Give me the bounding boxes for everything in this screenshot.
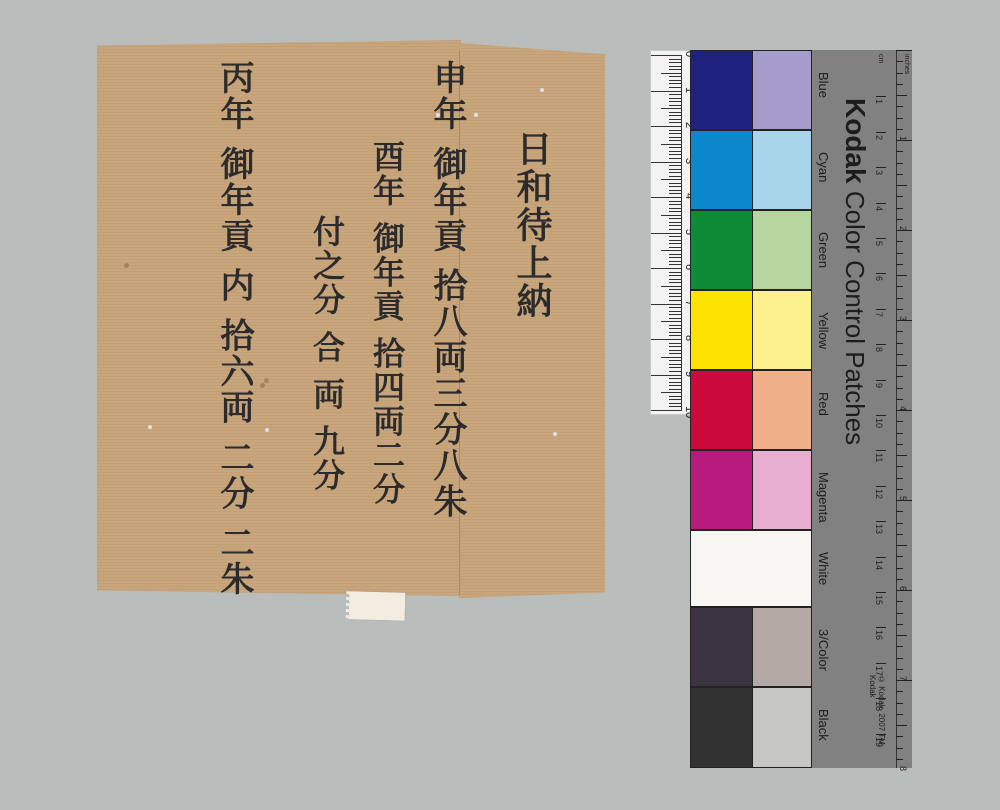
inch-tick: [896, 185, 907, 186]
ruler-tick: [651, 126, 681, 127]
ruler-tick: [651, 162, 681, 163]
pin-hole: [265, 428, 269, 432]
inch-tick: [896, 253, 903, 254]
inch-label: 5: [898, 496, 908, 501]
inch-tick: [896, 556, 903, 557]
ruler-tick: [669, 243, 681, 244]
patch-label: White: [816, 552, 831, 585]
ruler-tick: [669, 211, 681, 212]
ruler-tick: [651, 233, 681, 234]
pin-hole: [148, 425, 152, 429]
patch-yellow-light: [752, 290, 812, 370]
ruler-tick: [661, 321, 681, 322]
cm-label: 1: [874, 99, 884, 104]
script-column-3: 酉年 御年貢 拾四両二分: [365, 140, 409, 506]
ruler-tick: [669, 367, 681, 368]
ruler-tick: [661, 108, 681, 109]
ruler-tick: [669, 169, 681, 170]
ruler-tick: [669, 364, 681, 365]
patch-3-color-light: [752, 607, 812, 687]
inch-tick: [896, 658, 903, 659]
ruler-tick: [669, 140, 681, 141]
cm-tick: [876, 521, 886, 522]
kodak-strip: Kodak Color Control Patches © Kodak, 200…: [812, 50, 912, 768]
inch-label: 4: [898, 406, 908, 411]
inch-tick: [896, 151, 903, 152]
inch-tick: [896, 208, 903, 209]
patch-label: Yellow: [816, 312, 831, 349]
ruler-tick: [669, 62, 681, 63]
paper-stain: [124, 263, 129, 268]
inch-tick: [896, 489, 903, 490]
ruler-tick: [669, 112, 681, 113]
inch-tick: [896, 309, 903, 310]
paper-stain: [260, 383, 265, 388]
cm-label: 7: [874, 312, 884, 317]
ruler-tick: [669, 154, 681, 155]
ruler-tick: [669, 314, 681, 315]
inch-tick: [896, 421, 903, 422]
ruler-tick: [669, 300, 681, 301]
inch-tick: [896, 703, 903, 704]
cm-tick: [876, 344, 886, 345]
cm-label: 17: [874, 666, 884, 676]
ruler-tick: [669, 101, 681, 102]
ruler-tick: [669, 254, 681, 255]
patch-label: Black: [816, 709, 831, 741]
inch-tick: [896, 714, 903, 715]
ruler-tick: [669, 247, 681, 248]
ruler-tick: [669, 59, 681, 60]
cm-tick: [876, 592, 886, 593]
patch-black-dark: [690, 687, 753, 768]
ruler-tick: [669, 272, 681, 273]
inch-tick: [896, 196, 903, 197]
cm-label: 11: [874, 453, 884, 462]
cm-label: 19: [874, 737, 884, 747]
ruler-tick: [669, 399, 681, 400]
cm-tick: [876, 380, 886, 381]
inch-tick: [896, 50, 912, 51]
inch-tick: [896, 646, 903, 647]
inch-tick: [896, 73, 903, 74]
ruler-tick: [669, 204, 681, 205]
ruler-tick: [669, 257, 681, 258]
cm-label: 14: [874, 560, 884, 570]
patch-magenta-light: [752, 450, 812, 530]
inch-tick: [896, 568, 903, 569]
patch-green-light: [752, 210, 812, 290]
cm-label: 8: [874, 347, 884, 352]
ruler-tick: [661, 357, 681, 358]
ruler-tick: [669, 275, 681, 276]
cm-tick: [876, 557, 886, 558]
ruler-tick: [669, 307, 681, 308]
ruler-tick: [669, 353, 681, 354]
inch-tick: [896, 635, 907, 636]
patch-green-dark: [690, 210, 753, 290]
patch-magenta-dark: [690, 450, 753, 530]
ruler-tick: [669, 396, 681, 397]
inch-tick: [896, 106, 903, 107]
ruler-tick: [661, 179, 681, 180]
inch-label: 3: [898, 316, 908, 321]
inch-scale-spine: [896, 50, 897, 768]
inch-tick: [896, 163, 903, 164]
ruler-tick: [669, 183, 681, 184]
inch-tick: [896, 759, 903, 760]
inch-tick: [896, 669, 903, 670]
ruler-tick: [661, 250, 681, 251]
ruler-tick: [669, 76, 681, 77]
cm-tick: [876, 698, 886, 699]
ruler-tick: [669, 318, 681, 319]
inch-tick: [896, 613, 903, 614]
ruler-tick: [669, 122, 681, 123]
script-column-4: 付之分 合 両 九分: [305, 215, 349, 492]
ruler-tick: [669, 382, 681, 383]
inch-tick: [896, 275, 907, 276]
ruler-tick: [669, 229, 681, 230]
kodak-copyright: © Kodak, 2007 TM: Kodak: [868, 675, 886, 768]
inch-tick: [896, 241, 903, 242]
inch-tick: [896, 455, 907, 456]
cm-label: 2: [874, 135, 884, 140]
inch-label: 1: [898, 136, 908, 141]
ruler-tick: [669, 325, 681, 326]
patch-3-color-dark: [690, 607, 753, 687]
ruler-tick: [669, 282, 681, 283]
inch-unit-label: inches: [903, 54, 910, 74]
ruler-tick: [661, 392, 681, 393]
ruler-tick: [651, 197, 681, 198]
inch-tick: [896, 624, 903, 625]
cm-label: 15: [874, 595, 884, 605]
inch-tick: [896, 84, 903, 85]
ruler-tick: [669, 130, 681, 131]
cm-tick: [876, 203, 886, 204]
ruler-tick: [669, 378, 681, 379]
ruler-tick: [669, 350, 681, 351]
inch-tick: [896, 691, 903, 692]
inch-tick: [896, 736, 903, 737]
patch-label: Cyan: [816, 152, 831, 182]
inch-tick: [896, 444, 903, 445]
inch-tick: [896, 95, 907, 96]
inch-tick: [896, 748, 903, 749]
patch-yellow-dark: [690, 290, 753, 370]
ruler-tick: [661, 215, 681, 216]
cm-label: 16: [874, 630, 884, 640]
cm-tick: [876, 415, 886, 416]
ruler-tick: [669, 403, 681, 404]
cm-tick: [876, 309, 886, 310]
ruler-tick: [669, 165, 681, 166]
inch-tick: [896, 545, 907, 546]
inch-tick: [896, 365, 907, 366]
patch-black-light: [752, 687, 812, 768]
ruler-tick: [669, 172, 681, 173]
ruler-tick: [669, 190, 681, 191]
ruler-tick: [669, 176, 681, 177]
patch-label: Magenta: [816, 472, 831, 523]
inch-tick: [896, 466, 903, 467]
cm-label: 18: [874, 701, 884, 711]
patch-label: Red: [816, 392, 831, 416]
inch-tick: [896, 534, 903, 535]
inch-tick: [896, 118, 903, 119]
paper-tag: [349, 591, 406, 620]
patch-cyan-dark: [690, 130, 753, 210]
ruler-tick: [669, 279, 681, 280]
ruler-tick: [669, 186, 681, 187]
cm-label: 9: [874, 383, 884, 388]
cm-unit-label: cm: [877, 54, 884, 63]
cm-tick: [876, 486, 886, 487]
ruler-tick: [651, 339, 681, 340]
pin-hole: [553, 432, 557, 436]
inch-tick: [896, 376, 903, 377]
ruler-tick: [669, 133, 681, 134]
ruler-spine: [681, 55, 682, 411]
ruler-tick: [669, 332, 681, 333]
cm-tick: [876, 96, 886, 97]
script-column-1: 日和待上納: [510, 130, 554, 320]
ruler-tick: [651, 410, 681, 411]
ruler-tick: [669, 98, 681, 99]
inch-tick: [896, 174, 903, 175]
kodak-title: Kodak Color Control Patches: [840, 98, 870, 445]
pin-hole: [540, 88, 544, 92]
inch-tick: [896, 388, 903, 389]
cm-label: 12: [874, 489, 884, 499]
inch-tick: [896, 331, 903, 332]
cm-tick: [876, 734, 886, 735]
inch-tick: [896, 399, 903, 400]
cm-label: 6: [874, 276, 884, 281]
ruler-tick: [669, 201, 681, 202]
ruler-tick: [669, 360, 681, 361]
ruler-tick: [669, 80, 681, 81]
ruler-tick: [669, 87, 681, 88]
ruler-tick: [661, 73, 681, 74]
inch-tick: [896, 343, 903, 344]
ruler-tick: [669, 137, 681, 138]
ruler-tick: [669, 289, 681, 290]
inch-label: 7: [898, 676, 908, 681]
ruler-tick: [651, 375, 681, 376]
inch-tick: [896, 61, 903, 62]
kodak-brand: Kodak: [840, 98, 871, 184]
cm-tick: [876, 627, 886, 628]
ruler-tick: [651, 304, 681, 305]
ruler-tick: [669, 193, 681, 194]
ruler-tick: [651, 55, 681, 56]
inch-tick: [896, 433, 903, 434]
ruler-tick: [669, 385, 681, 386]
script-column-6: 丙年 御年貢 内 拾六両 二分 二朱: [212, 60, 256, 597]
ruler-tick: [669, 343, 681, 344]
inch-tick: [896, 579, 903, 580]
cm-tick: [876, 238, 886, 239]
ruler-tick: [651, 91, 681, 92]
patch-label: Blue: [816, 72, 831, 98]
ruler-tick: [669, 69, 681, 70]
cm-ruler: 012345678910: [650, 50, 692, 415]
ruler-tick: [669, 225, 681, 226]
patch-blue-light: [752, 50, 812, 130]
inch-tick: [896, 478, 903, 479]
inch-label: 8: [898, 766, 908, 771]
inch-tick: [896, 286, 903, 287]
patch-red-light: [752, 370, 812, 450]
cm-label: 13: [874, 524, 884, 534]
inch-tick: [896, 129, 903, 130]
ruler-tick: [669, 208, 681, 209]
ruler-tick: [669, 293, 681, 294]
cm-label: 10: [874, 418, 884, 428]
inch-tick: [896, 354, 903, 355]
ruler-tick: [669, 105, 681, 106]
ruler-tick: [669, 147, 681, 148]
ruler-tick: [669, 296, 681, 297]
patch-cyan-light: [752, 130, 812, 210]
ruler-tick: [669, 240, 681, 241]
patch-label: Green: [816, 232, 831, 268]
ruler-tick: [669, 222, 681, 223]
ruler-tick: [669, 389, 681, 390]
inch-tick: [896, 219, 903, 220]
ruler-tick: [669, 94, 681, 95]
cm-tick: [876, 132, 886, 133]
ruler-tick: [669, 371, 681, 372]
ruler-tick: [669, 158, 681, 159]
ruler-tick: [669, 335, 681, 336]
cm-label: 4: [874, 206, 884, 211]
patch-red-dark: [690, 370, 753, 450]
ruler-tick: [669, 406, 681, 407]
script-column-2: 申年 御年貢 拾八両三分八朱: [425, 60, 469, 520]
ruler-tick: [669, 311, 681, 312]
patch-blue-dark: [690, 50, 753, 130]
patch-white: [690, 530, 812, 607]
ruler-tick: [661, 144, 681, 145]
inch-tick: [896, 298, 903, 299]
ruler-tick: [669, 66, 681, 67]
ruler-tick: [669, 346, 681, 347]
ruler-tick: [651, 268, 681, 269]
patch-label: 3/Color: [816, 629, 831, 671]
pin-hole: [474, 113, 478, 117]
inch-tick: [896, 264, 903, 265]
ruler-tick: [669, 218, 681, 219]
inch-label: 2: [898, 226, 908, 231]
ruler-tick: [669, 264, 681, 265]
cm-tick: [876, 663, 886, 664]
ruler-tick: [669, 151, 681, 152]
cm-tick: [876, 450, 886, 451]
manuscript-right-panel: [459, 43, 605, 598]
inch-tick: [896, 601, 903, 602]
inch-tick: [896, 725, 907, 726]
ruler-tick: [661, 286, 681, 287]
ruler-tick: [669, 115, 681, 116]
paper-stain: [264, 378, 269, 383]
cm-label: 3: [874, 170, 884, 175]
ruler-tick: [669, 261, 681, 262]
kodak-title-text: Color Control Patches: [840, 191, 870, 445]
ruler-tick: [669, 119, 681, 120]
ruler-tick: [669, 328, 681, 329]
cm-tick: [876, 273, 886, 274]
ruler-tick: [669, 236, 681, 237]
inch-tick: [896, 523, 903, 524]
cm-label: 5: [874, 241, 884, 246]
inch-tick: [896, 511, 903, 512]
ruler-tick: [669, 83, 681, 84]
cm-tick: [876, 167, 886, 168]
inch-label: 6: [898, 586, 908, 591]
